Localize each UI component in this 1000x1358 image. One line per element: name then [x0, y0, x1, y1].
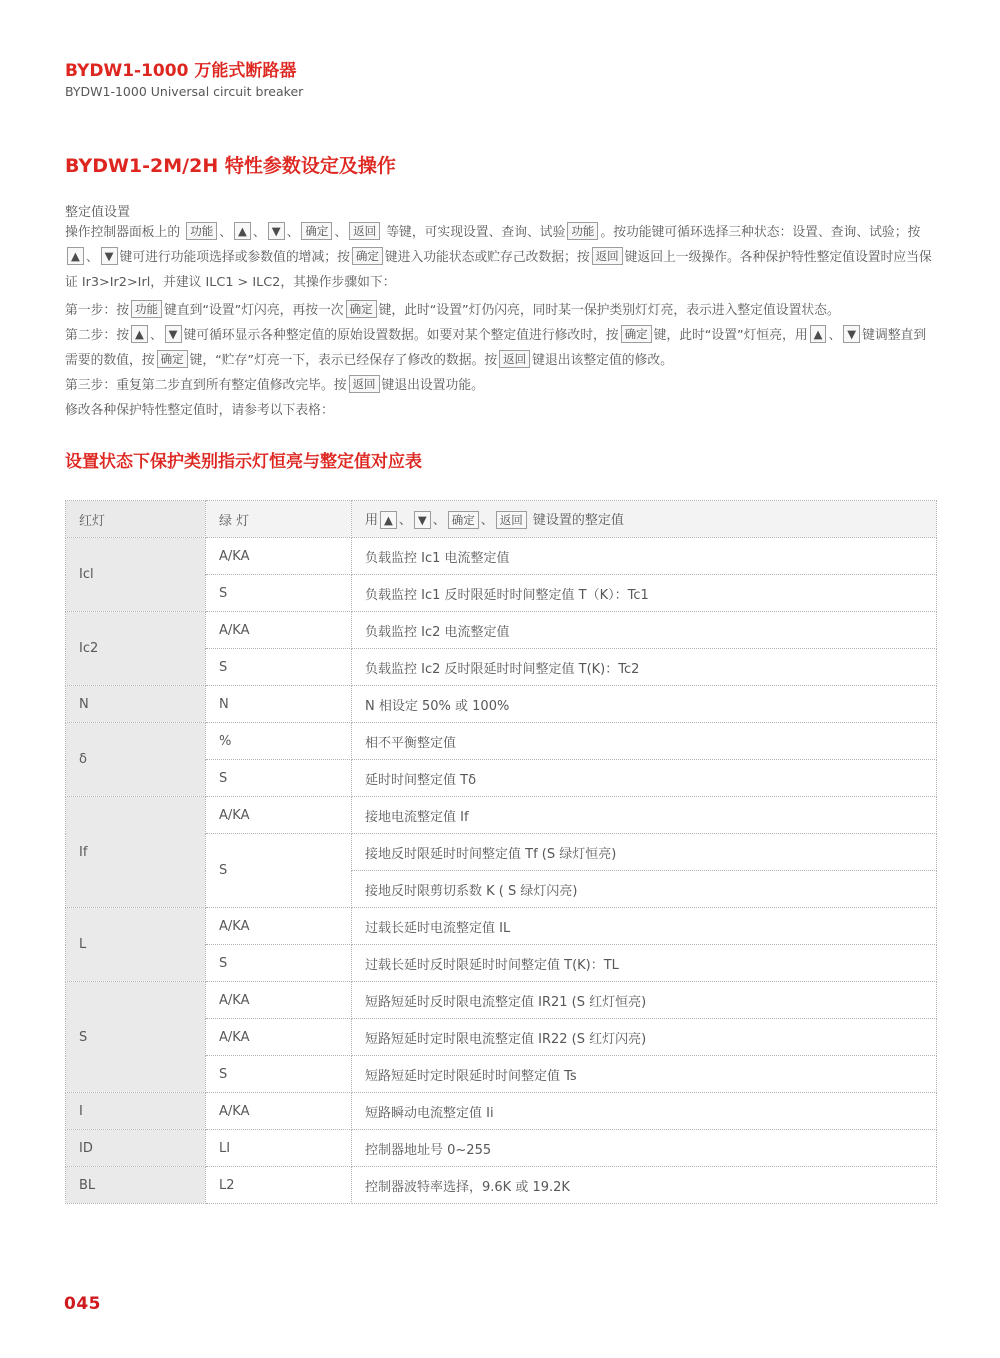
text-run: 键直到“设置”灯闪亮，再按一次 [164, 303, 344, 318]
text-run: 键，“贮存”灯亮一下，表示已经保存了修改的数据。按 [190, 353, 498, 368]
setting-desc-cell: 负载监控 Ic1 反时限延时时间整定值 T（K）：Tc1 [352, 575, 937, 612]
green-lamp-cell: S [206, 575, 352, 612]
paragraph-outro: 修改各种保护特性整定值时，请参考以下表格： [65, 398, 938, 423]
setting-desc-cell: 过载长延时电流整定值 IL [352, 908, 937, 945]
paragraph-step2: 第二步：按▲、▼键可循环显示各种整定值的原始设置数据。如要对某个整定值进行修改时… [65, 323, 938, 373]
keycap: ▲ [234, 222, 251, 240]
red-lamp-cell: N [66, 686, 206, 723]
keycap: 确定 [346, 300, 377, 318]
setting-desc-cell: 接地反时限延时时间整定值 Tf (S 绿灯恒亮) [352, 834, 937, 871]
section-title: BYDW1-2M/2H 特性参数设定及操作 [65, 151, 396, 178]
keycap: 确定 [352, 247, 383, 265]
green-lamp-cell: S [206, 1056, 352, 1093]
text-run: 、 [828, 328, 841, 343]
settings-table: 红灯 绿 灯 用▲、▼、确定、返回 键设置的整定值 IclA/KA负载监控 Ic… [65, 500, 937, 1204]
keycap: 返回 [349, 375, 380, 393]
table-header-row: 红灯 绿 灯 用▲、▼、确定、返回 键设置的整定值 [66, 501, 937, 538]
red-lamp-cell: If [66, 797, 206, 908]
keycap: ▲ [380, 511, 397, 529]
keycap: 返回 [349, 222, 380, 240]
text-run: 、 [253, 225, 266, 240]
text-run: 、 [433, 513, 446, 528]
table-row: IfA/KA接地电流整定值 If [66, 797, 937, 834]
red-lamp-cell: L [66, 908, 206, 982]
setting-desc-cell: 接地反时限剪切系数 K ( S 绿灯闪亮) [352, 871, 937, 908]
paragraph-step1: 第一步：按功能键直到“设置”灯闪亮，再按一次确定键，此时“设置”灯仍闪亮，同时某… [65, 298, 938, 323]
table-row: LA/KA过载长延时电流整定值 IL [66, 908, 937, 945]
keycap: 确定 [157, 350, 188, 368]
keycap: ▼ [843, 325, 860, 343]
text-run: 键退出该整定值的修改。 [532, 353, 673, 368]
settings-table-body: IclA/KA负载监控 Ic1 电流整定值S负载监控 Ic1 反时限延时时间整定… [66, 538, 937, 1204]
table-row: NNN 相设定 50% 或 100% [66, 686, 937, 723]
header-setting-desc: 用▲、▼、确定、返回 键设置的整定值 [352, 501, 937, 538]
setting-desc-cell: 过载长延时反时限延时时间整定值 T(K)：TL [352, 945, 937, 982]
text-run: 、 [219, 225, 232, 240]
red-lamp-cell: Icl [66, 538, 206, 612]
setting-desc-cell: 相不平衡整定值 [352, 723, 937, 760]
settings-table-wrap: 红灯 绿 灯 用▲、▼、确定、返回 键设置的整定值 IclA/KA负载监控 Ic… [65, 500, 936, 1204]
text-run: 等键，可实现设置、查询、试验 [382, 225, 565, 240]
setting-desc-cell: 负载监控 Ic2 反时限延时时间整定值 T(K)：Tc2 [352, 649, 937, 686]
red-lamp-cell: δ [66, 723, 206, 797]
manual-page: BYDW1-1000 万能式断路器 BYDW1-1000 Universal c… [0, 0, 1000, 1358]
keycap: ▲ [67, 247, 84, 265]
setting-desc-cell: 控制器波特率选择，9.6K 或 19.2K [352, 1167, 937, 1204]
keycap: 返回 [592, 247, 623, 265]
green-lamp-cell: S [206, 649, 352, 686]
green-lamp-cell: A/KA [206, 1093, 352, 1130]
setting-desc-cell: N 相设定 50% 或 100% [352, 686, 937, 723]
table-row: SA/KA短路短延时反时限电流整定值 IR21 (S 红灯恒亮) [66, 982, 937, 1019]
green-lamp-cell: A/KA [206, 982, 352, 1019]
setting-desc-cell: 短路瞬动电流整定值 Ii [352, 1093, 937, 1130]
keycap: ▲ [131, 325, 148, 343]
table-row: IDLI控制器地址号 0~255 [66, 1130, 937, 1167]
keycap: ▼ [414, 511, 431, 529]
green-lamp-cell: A/KA [206, 908, 352, 945]
paragraph-intro: 操作控制器面板上的 功能、▲、▼、确定、返回 等键，可实现设置、查询、试验功能。… [65, 220, 938, 295]
keycap: 返回 [499, 350, 530, 368]
green-lamp-cell: A/KA [206, 538, 352, 575]
text-run: 用 [365, 513, 378, 528]
keycap: 确定 [448, 511, 479, 529]
text-run: 键设置的整定值 [529, 513, 624, 528]
text-run: 。按功能键可循环选择三种状态：设置、查询、试验；按 [600, 225, 920, 240]
green-lamp-cell: S [206, 834, 352, 908]
setting-desc-cell: 接地电流整定值 If [352, 797, 937, 834]
keycap: 功能 [131, 300, 162, 318]
table-row: BLL2控制器波特率选择，9.6K 或 19.2K [66, 1167, 937, 1204]
table-row: Ic2A/KA负载监控 Ic2 电流整定值 [66, 612, 937, 649]
text-run: 第二步：按 [65, 328, 129, 343]
setting-desc-cell: 短路短延时定时限延时时间整定值 Ts [352, 1056, 937, 1093]
text-run: 、 [334, 225, 347, 240]
doc-title-zh: BYDW1-1000 万能式断路器 [65, 56, 296, 81]
keycap: ▲ [810, 325, 827, 343]
table-row: δ%相不平衡整定值 [66, 723, 937, 760]
text-run: 第三步：重复第二步直到所有整定值修改完毕。按 [65, 378, 347, 393]
keycap: 功能 [567, 222, 598, 240]
setting-desc-cell: 负载监控 Ic1 电流整定值 [352, 538, 937, 575]
text-run: 、 [287, 225, 300, 240]
doc-title-en: BYDW1-1000 Universal circuit breaker [65, 84, 303, 99]
text-run: 第一步：按 [65, 303, 129, 318]
keycap: ▼ [165, 325, 182, 343]
header-red-lamp: 红灯 [66, 501, 206, 538]
keycap: 功能 [186, 222, 217, 240]
green-lamp-cell: LI [206, 1130, 352, 1167]
setting-desc-cell: 短路短延时反时限电流整定值 IR21 (S 红灯恒亮) [352, 982, 937, 1019]
page-number: 045 [64, 1294, 101, 1314]
setting-desc-cell: 延时时间整定值 Tδ [352, 760, 937, 797]
header-green-lamp: 绿 灯 [206, 501, 352, 538]
red-lamp-cell: ID [66, 1130, 206, 1167]
text-run: 操作控制器面板上的 [65, 225, 184, 240]
body-text-block: 操作控制器面板上的 功能、▲、▼、确定、返回 等键，可实现设置、查询、试验功能。… [65, 220, 938, 423]
keycap: ▼ [268, 222, 285, 240]
text-run: 、 [481, 513, 494, 528]
green-lamp-cell: % [206, 723, 352, 760]
setting-desc-cell: 控制器地址号 0~255 [352, 1130, 937, 1167]
green-lamp-cell: A/KA [206, 1019, 352, 1056]
green-lamp-cell: L2 [206, 1167, 352, 1204]
text-run: 键，此时“设置”灯仍闪亮，同时某一保护类别灯灯亮，表示进入整定值设置状态。 [379, 303, 840, 318]
table-title: 设置状态下保护类别指示灯恒亮与整定值对应表 [65, 447, 422, 472]
keycap: 返回 [496, 511, 527, 529]
paragraph-step3: 第三步：重复第二步直到所有整定值修改完毕。按返回键退出设置功能。 [65, 373, 938, 398]
red-lamp-cell: Ic2 [66, 612, 206, 686]
text-run: 键可循环显示各种整定值的原始设置数据。如要对某个整定值进行修改时，按 [184, 328, 619, 343]
green-lamp-cell: A/KA [206, 612, 352, 649]
text-run: 键可进行功能项选择或参数值的增减；按 [120, 250, 350, 265]
red-lamp-cell: I [66, 1093, 206, 1130]
red-lamp-cell: BL [66, 1167, 206, 1204]
text-run: 键退出设置功能。 [382, 378, 484, 393]
setting-desc-cell: 负载监控 Ic2 电流整定值 [352, 612, 937, 649]
text-run: 、 [86, 250, 99, 265]
section-subtitle: 整定值设置 [65, 201, 130, 220]
green-lamp-cell: S [206, 945, 352, 982]
green-lamp-cell: N [206, 686, 352, 723]
text-run: 、 [150, 328, 163, 343]
text-run: 修改各种保护特性整定值时，请参考以下表格： [65, 403, 334, 418]
keycap: 确定 [301, 222, 332, 240]
keycap: 确定 [621, 325, 652, 343]
red-lamp-cell: S [66, 982, 206, 1093]
green-lamp-cell: S [206, 760, 352, 797]
table-row: IA/KA短路瞬动电流整定值 Ii [66, 1093, 937, 1130]
table-row: IclA/KA负载监控 Ic1 电流整定值 [66, 538, 937, 575]
text-run: 键，此时“设置”灯恒亮，用 [654, 328, 808, 343]
setting-desc-cell: 短路短延时定时限电流整定值 IR22 (S 红灯闪亮) [352, 1019, 937, 1056]
keycap: ▼ [101, 247, 118, 265]
text-run: 、 [399, 513, 412, 528]
text-run: 键进入功能状态或贮存己改数据；按 [385, 250, 590, 265]
green-lamp-cell: A/KA [206, 797, 352, 834]
